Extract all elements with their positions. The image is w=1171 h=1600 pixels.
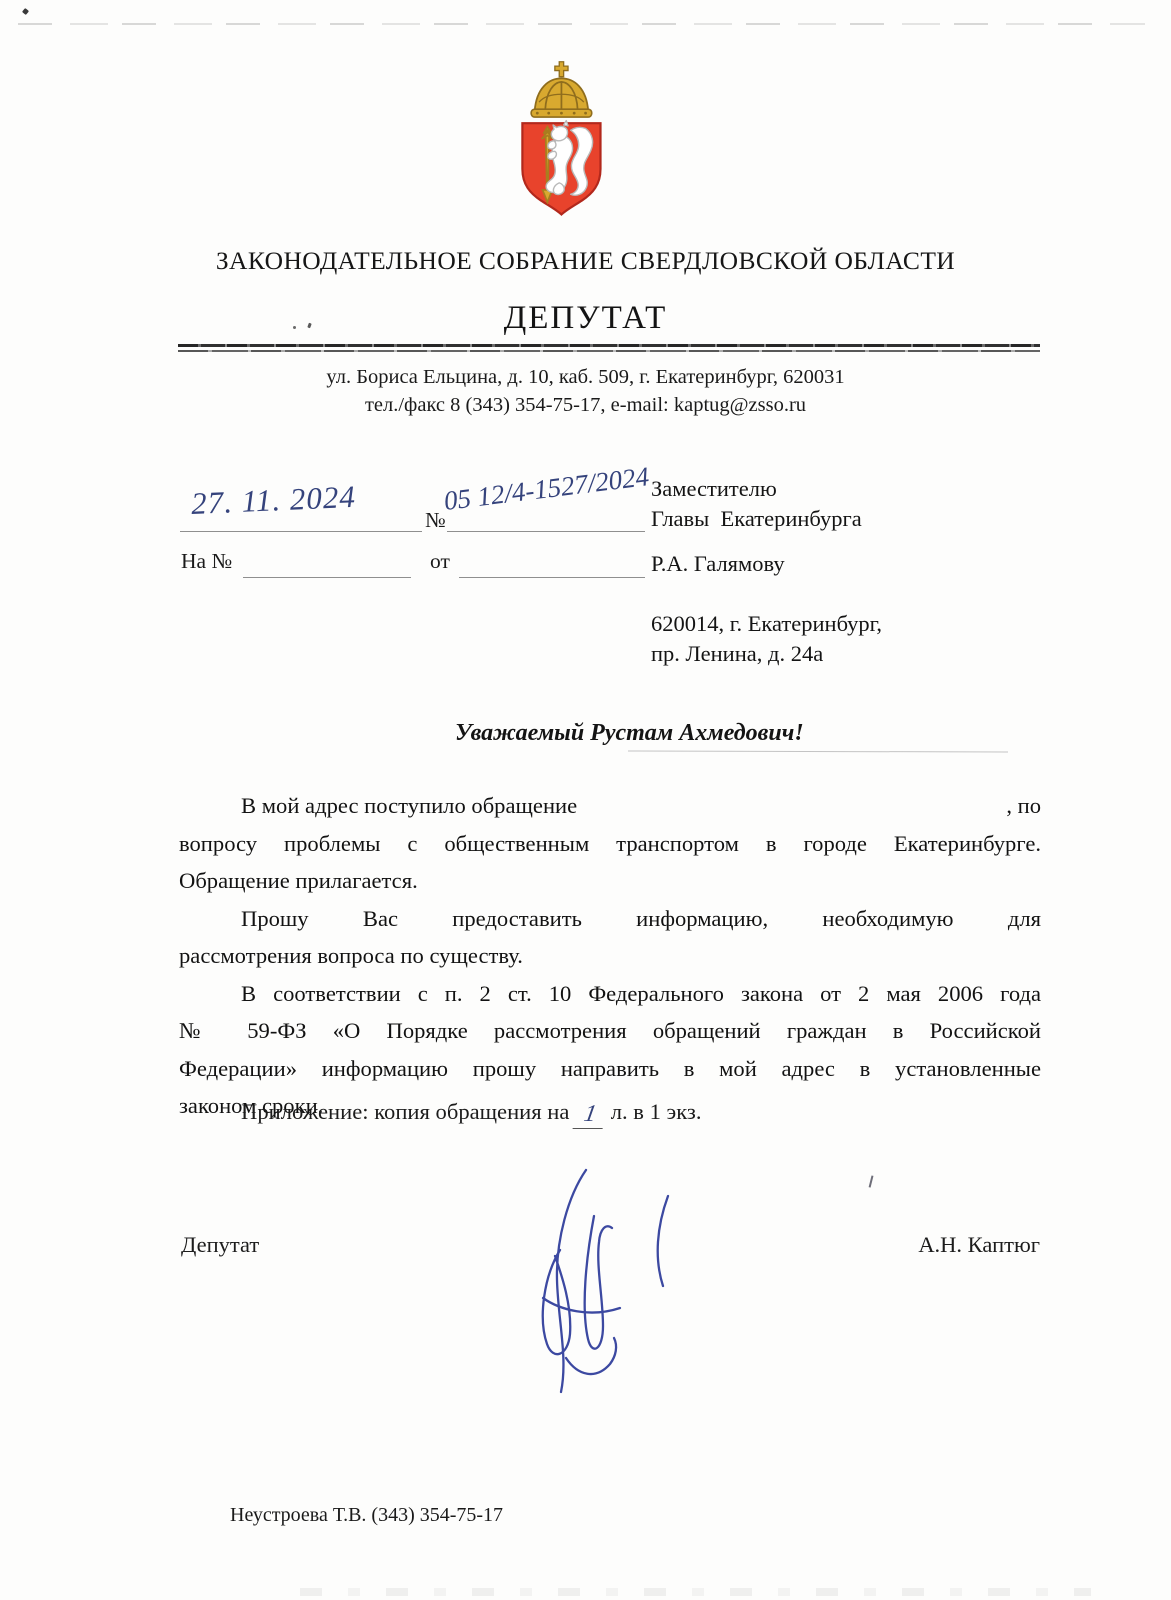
scan-line-artifact xyxy=(18,23,1145,25)
scan-underline-artifact xyxy=(628,751,1008,753)
attachment-text-before: Приложение: копия обращения на xyxy=(241,1099,575,1124)
addressee-line: пр. Ленина, д. 24а xyxy=(651,641,823,667)
scan-speck xyxy=(22,8,29,15)
coat-of-arms-icon xyxy=(508,60,614,223)
reply-from-label: от xyxy=(430,549,450,574)
org-address: ул. Бориса Ельцина, д. 10, каб. 509, г. … xyxy=(0,366,1171,389)
paragraph-2-line-1: Прошу Вас предоставить информацию, необх… xyxy=(179,900,1041,938)
paragraph-3-line-1: В соответствии с п. 2 ст. 10 Федеральног… xyxy=(179,975,1041,1013)
attachment-text-after: л. в 1 экз. xyxy=(605,1099,701,1124)
ink-signature xyxy=(498,1158,728,1408)
addressee-line: Главы Екатеринбурга xyxy=(651,506,862,532)
addressee-line: Заместителю xyxy=(651,476,777,502)
scanned-letter-page: { "colors": { "shield_red": "#e8432c", "… xyxy=(0,0,1171,1600)
addressee-line: 620014, г. Екатеринбург, xyxy=(651,611,882,637)
handwritten-page-count: 1 xyxy=(573,1101,608,1129)
scan-speck xyxy=(869,1175,878,1188)
reply-to-label: На № xyxy=(181,549,232,574)
scan-noise-strip xyxy=(300,1588,1091,1596)
paragraph-1-line-3: Обращение прилагается. xyxy=(179,862,1041,900)
p1-lead: В мой адрес поступило обращение xyxy=(241,787,577,825)
header-rule xyxy=(178,344,1040,352)
paragraph-1-line-1: В мой адрес поступило обращение , по xyxy=(179,787,1041,825)
org-name: ЗАКОНОДАТЕЛЬНОЕ СОБРАНИЕ СВЕРДЛОВСКОЙ ОБ… xyxy=(0,246,1171,276)
handwritten-number: 05 12/4-1527/2024 xyxy=(442,461,650,517)
p1-tail: , по xyxy=(1006,787,1041,825)
org-contacts: тел./факс 8 (343) 354-75-17, e-mail: kap… xyxy=(0,394,1171,417)
paragraph-3-line-3: Федерации» информацию прошу направить в … xyxy=(179,1050,1041,1088)
salutation: Уважаемый Рустам Ахмедович! xyxy=(455,720,804,747)
executor-contact: Неустроева Т.В. (343) 354-75-17 xyxy=(230,1504,503,1527)
signer-position: Депутат xyxy=(181,1232,259,1258)
handwritten-date: 27. 11. 2024 xyxy=(190,479,356,522)
paragraph-2-line-2: рассмотрения вопроса по существу. xyxy=(179,937,1041,975)
addressee-line: Р.А. Галямову xyxy=(651,551,785,577)
date-field-line xyxy=(180,531,422,532)
attachment-line: Приложение: копия обращения на 1 л. в 1 … xyxy=(241,1099,702,1129)
number-field-line xyxy=(447,531,645,532)
role-title: ДЕПУТАТ xyxy=(0,300,1171,337)
reply-date-line xyxy=(459,577,645,578)
letter-body: В мой адрес поступило обращение , по воп… xyxy=(179,787,1041,1125)
paragraph-1-line-2: вопросу проблемы с общественным транспор… xyxy=(179,825,1041,863)
signer-name: А.Н. Каптюг xyxy=(900,1232,1040,1258)
paragraph-3-line-2: № 59-ФЗ «О Порядке рассмотрения обращени… xyxy=(179,1012,1041,1050)
reply-number-line xyxy=(243,577,411,578)
number-label: № xyxy=(425,508,446,533)
